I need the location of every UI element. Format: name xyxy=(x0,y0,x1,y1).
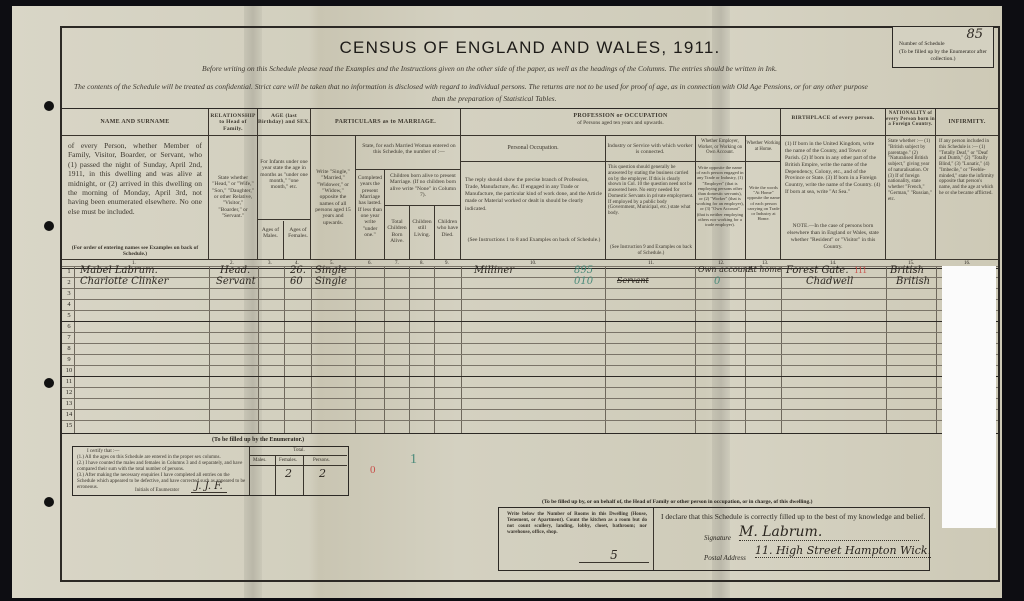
table-row[interactable]: 7 xyxy=(62,332,998,343)
females-total[interactable]: 2 xyxy=(285,467,292,480)
table-row[interactable]: 13 xyxy=(62,398,998,409)
enumerator-heading: (To be filled up by the Enumerator.) xyxy=(212,437,304,443)
birthplace-cell[interactable]: Forest Gate. xyxy=(786,265,849,276)
rooms-instruction: Write below the Number of Rooms in this … xyxy=(507,512,647,536)
punch-hole xyxy=(44,497,54,507)
head-section-heading: (To be filled up by, or on behalf of, th… xyxy=(542,499,812,505)
employer-code: 0 xyxy=(714,276,720,287)
header-nationality: NATIONALITY of every Person born in a Fo… xyxy=(886,109,936,259)
declaration-text: I declare that this Schedule is correctl… xyxy=(661,512,925,521)
green-check-mark: 1 xyxy=(410,452,417,468)
name-cell[interactable]: Mabel Labrum. xyxy=(80,265,158,276)
table-row[interactable]: 12 xyxy=(62,387,998,398)
age-female-cell[interactable]: 60 xyxy=(290,276,303,287)
schedule-number-value[interactable]: 85 xyxy=(966,27,983,42)
scan-border xyxy=(1002,0,1024,601)
signature-field[interactable]: M. Labrum. xyxy=(739,524,919,541)
industry-cell[interactable]: Servant xyxy=(617,276,649,285)
head-declaration-box: Write below the Number of Rooms in this … xyxy=(498,507,930,571)
birthplace-cell[interactable]: Chadwell xyxy=(806,276,853,287)
header-marriage: PARTICULARS as to MARRIAGE. Write "Singl… xyxy=(311,109,461,259)
at-home-cell[interactable]: At home xyxy=(748,265,782,274)
occupation-cell[interactable]: Milliner xyxy=(474,265,514,276)
table-row[interactable]: 5 xyxy=(62,310,998,321)
nationality-cell[interactable]: British xyxy=(896,276,930,287)
table-row[interactable]: 6 xyxy=(62,321,998,332)
age-female-cell[interactable]: 26. xyxy=(290,265,306,276)
table-row[interactable]: 10 xyxy=(62,365,998,376)
confidential-line: The contents of the Schedule will be tre… xyxy=(74,82,868,91)
document-title: CENSUS OF ENGLAND AND WALES, 1911. xyxy=(62,38,998,58)
marriage-cell[interactable]: Single xyxy=(315,276,347,287)
postal-address-field[interactable]: 11. High Street Hampton Wick. xyxy=(755,544,931,558)
column-headers: NAME AND SURNAME of every Person, whethe… xyxy=(62,108,998,267)
census-entries-table: 1 Mabel Labrum. Head. 26. Single Milline… xyxy=(62,266,998,434)
table-row[interactable]: 8 xyxy=(62,343,998,354)
table-row[interactable]: 14 xyxy=(62,409,998,420)
punch-hole xyxy=(44,378,54,388)
table-row[interactable]: 1 Mabel Labrum. Head. 26. Single Milline… xyxy=(62,266,998,277)
table-row[interactable]: 9 xyxy=(62,354,998,365)
header-infirmity: INFIRMITY. If any person included in thi… xyxy=(936,109,998,259)
schedule-number-note: (To be filled up by the Enumerator after… xyxy=(897,49,989,62)
red-check-mark: 0 xyxy=(370,464,376,476)
header-birthplace: BIRTHPLACE of every person. (1) If born … xyxy=(781,109,886,259)
enumerator-certificate-box: I certify that :— (1.) All the ages on t… xyxy=(72,446,349,496)
redacted-area xyxy=(942,266,996,528)
table-row[interactable]: 11 xyxy=(62,376,998,387)
name-cell[interactable]: Charlotte Clinker xyxy=(80,276,168,287)
occupation-code: 010 xyxy=(574,276,593,287)
header-occupation: PROFESSION or OCCUPATION of Persons aged… xyxy=(461,109,781,259)
birthplace-code: 111 xyxy=(854,265,867,275)
relationship-cell[interactable]: Servant xyxy=(216,276,256,287)
table-row[interactable]: 3 xyxy=(62,288,998,299)
header-name-body: of every Person, whether Member of Famil… xyxy=(68,141,202,216)
rooms-count[interactable]: 5 xyxy=(579,548,649,563)
schedule-number-label: Number of Schedule xyxy=(899,41,945,47)
table-row[interactable]: 2 Charlotte Clinker Servant 60 Single 01… xyxy=(62,277,998,288)
header-age: AGE (last Birthday) and SEX. For Infants… xyxy=(258,109,311,259)
header-name-note: (For order of entering names see Example… xyxy=(66,245,204,258)
confidential-line-2: than the preparation of Statistical Tabl… xyxy=(432,94,556,103)
table-row[interactable]: 4 xyxy=(62,299,998,310)
schedule-number-box: Number of Schedule (To be filled up by t… xyxy=(892,26,994,68)
persons-total[interactable]: 2 xyxy=(319,467,326,480)
occupation-code: 895 xyxy=(574,265,593,276)
marriage-cell[interactable]: Single xyxy=(315,265,347,276)
header-relationship: RELATIONSHIP to Head of Family. State wh… xyxy=(209,109,258,259)
header-name: NAME AND SURNAME of every Person, whethe… xyxy=(62,109,209,259)
punch-hole xyxy=(44,221,54,231)
relationship-cell[interactable]: Head. xyxy=(220,265,250,276)
punch-hole xyxy=(44,101,54,111)
employer-cell[interactable]: Own account xyxy=(698,265,751,274)
census-form-frame: CENSUS OF ENGLAND AND WALES, 1911. Befor… xyxy=(60,26,1000,582)
table-row[interactable]: 15 xyxy=(62,420,998,434)
instruction-line: Before writing on this Schedule please r… xyxy=(202,64,777,73)
enumerator-initials[interactable]: J. J. F. xyxy=(191,481,227,493)
nationality-cell[interactable]: British xyxy=(890,265,924,276)
